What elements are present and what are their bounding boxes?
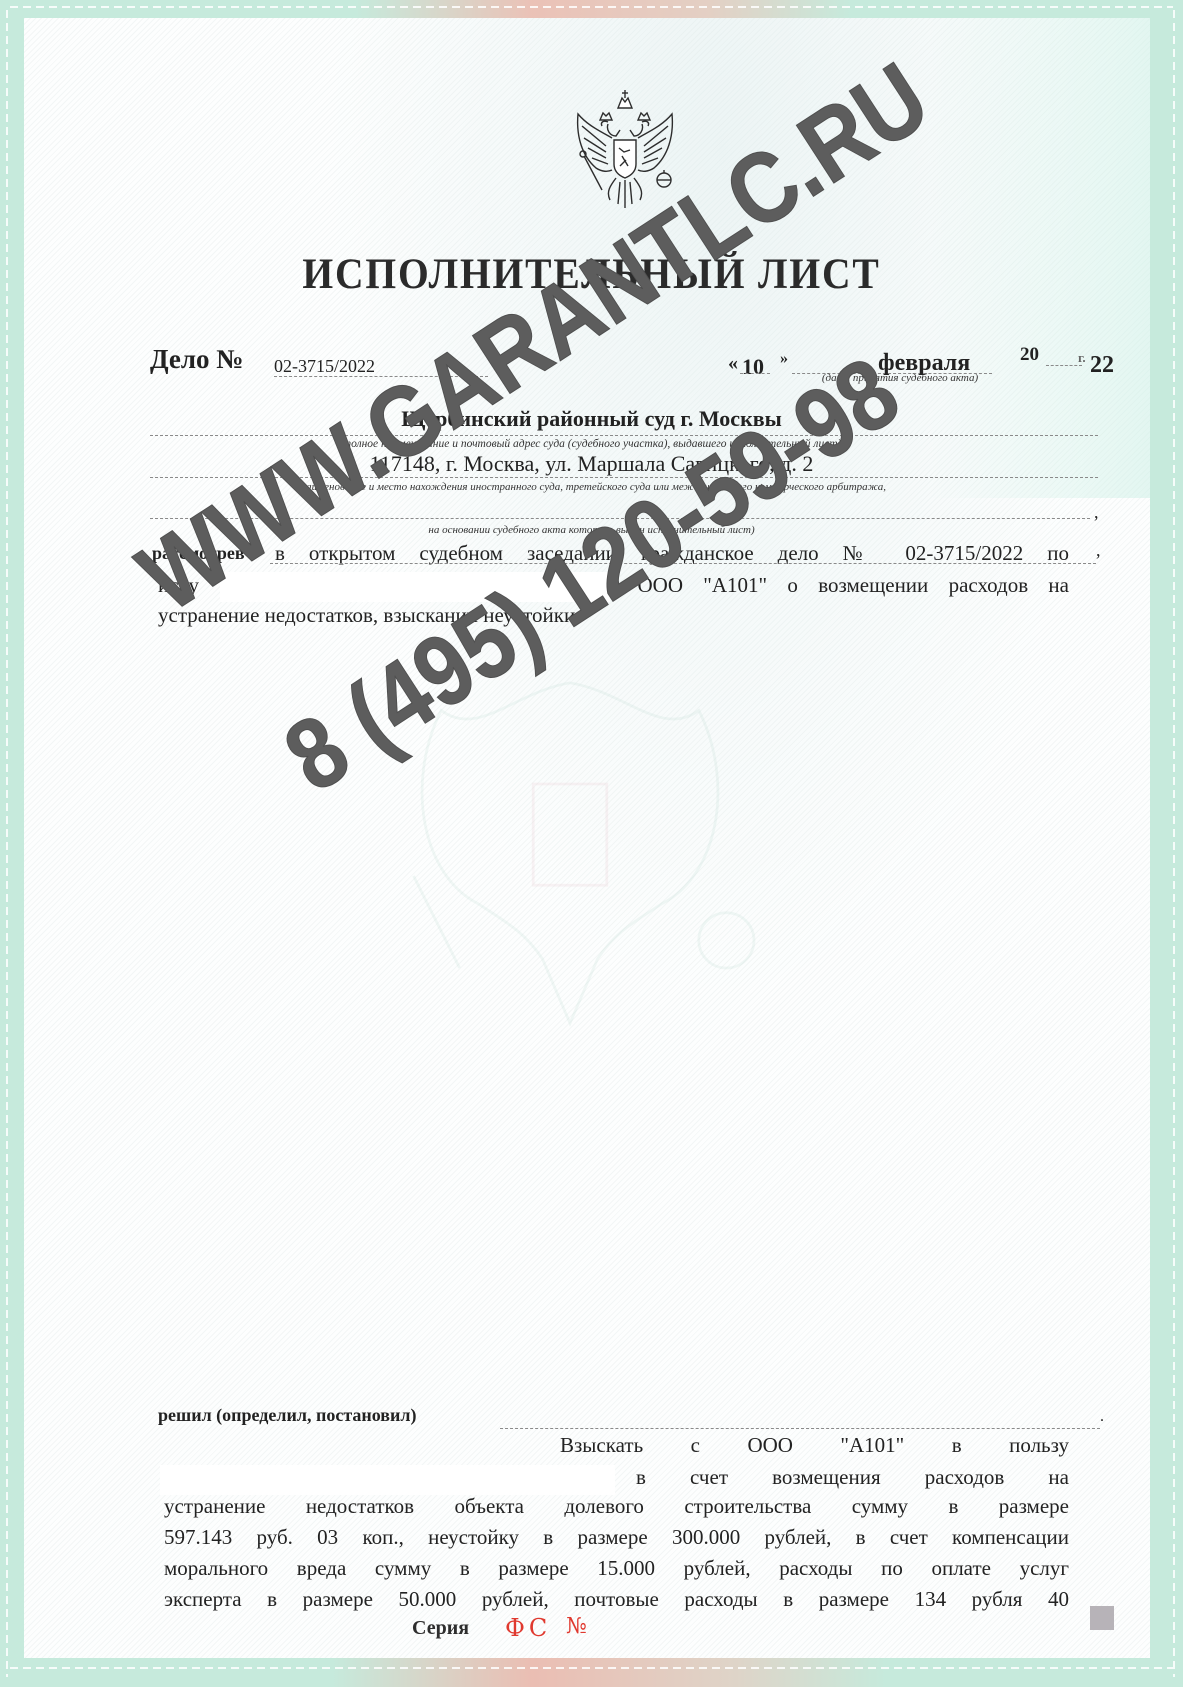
- border-dashes-right: [1173, 10, 1175, 1677]
- decision-line-6: эксперта в размере 50.000 рублей, почтов…: [164, 1587, 1069, 1612]
- foreign-court-caption: (наименование и место нахождения иностра…: [0, 481, 1183, 493]
- decision-label: решил (определил, постановил): [158, 1405, 417, 1426]
- date-year-g: г.: [1078, 350, 1086, 366]
- date-year-prefix: 20: [1020, 344, 1039, 366]
- considered-comma: ,: [1096, 540, 1101, 561]
- decision-line-3: устранение недостатков объекта долевого …: [164, 1494, 1069, 1519]
- series-number-sign: №: [566, 1614, 591, 1639]
- decision-line-4: 597.143 руб. 03 коп., неустойку в размер…: [164, 1525, 1069, 1550]
- redacted-series-number: [600, 1612, 760, 1642]
- date-year-suffix: 22: [1090, 352, 1114, 379]
- border-dashes-left: [6, 10, 8, 1677]
- court-address: 117148, г. Москва, ул. Маршала Савицкого…: [0, 451, 1183, 477]
- redacted-beneficiary: [160, 1465, 615, 1495]
- year-underline: [1046, 365, 1082, 366]
- date-open-quote: «: [728, 352, 738, 375]
- decision-line-5: морального вреда сумму в размере 15.000 …: [164, 1556, 1069, 1581]
- series-label: Серия: [412, 1617, 469, 1640]
- court-name-caption: (полное наименование и почтовый адрес су…: [0, 438, 1183, 450]
- date-day: 10: [742, 354, 764, 380]
- court-name: Щербинский районный суд г. Москвы: [0, 406, 1183, 432]
- decision-line: [500, 1428, 1100, 1429]
- decision-dot: .: [1100, 1408, 1104, 1426]
- border-dashes-bottom: [10, 1667, 1173, 1669]
- day-underline: [740, 373, 770, 374]
- gray-marker: [1090, 1606, 1114, 1630]
- border-dashes-top: [10, 6, 1173, 8]
- case-label: Дело №: [150, 344, 243, 375]
- series-code: ФС: [505, 1614, 551, 1642]
- case-number: 02-3715/2022: [274, 356, 375, 377]
- foreign-court-comma: ,: [1094, 502, 1099, 523]
- decision-line-1: Взыскать с ООО "А101" в пользу: [560, 1433, 1069, 1458]
- decision-line-2: в счет возмещения расходов на: [636, 1465, 1069, 1490]
- date-close-quote: »: [780, 350, 788, 368]
